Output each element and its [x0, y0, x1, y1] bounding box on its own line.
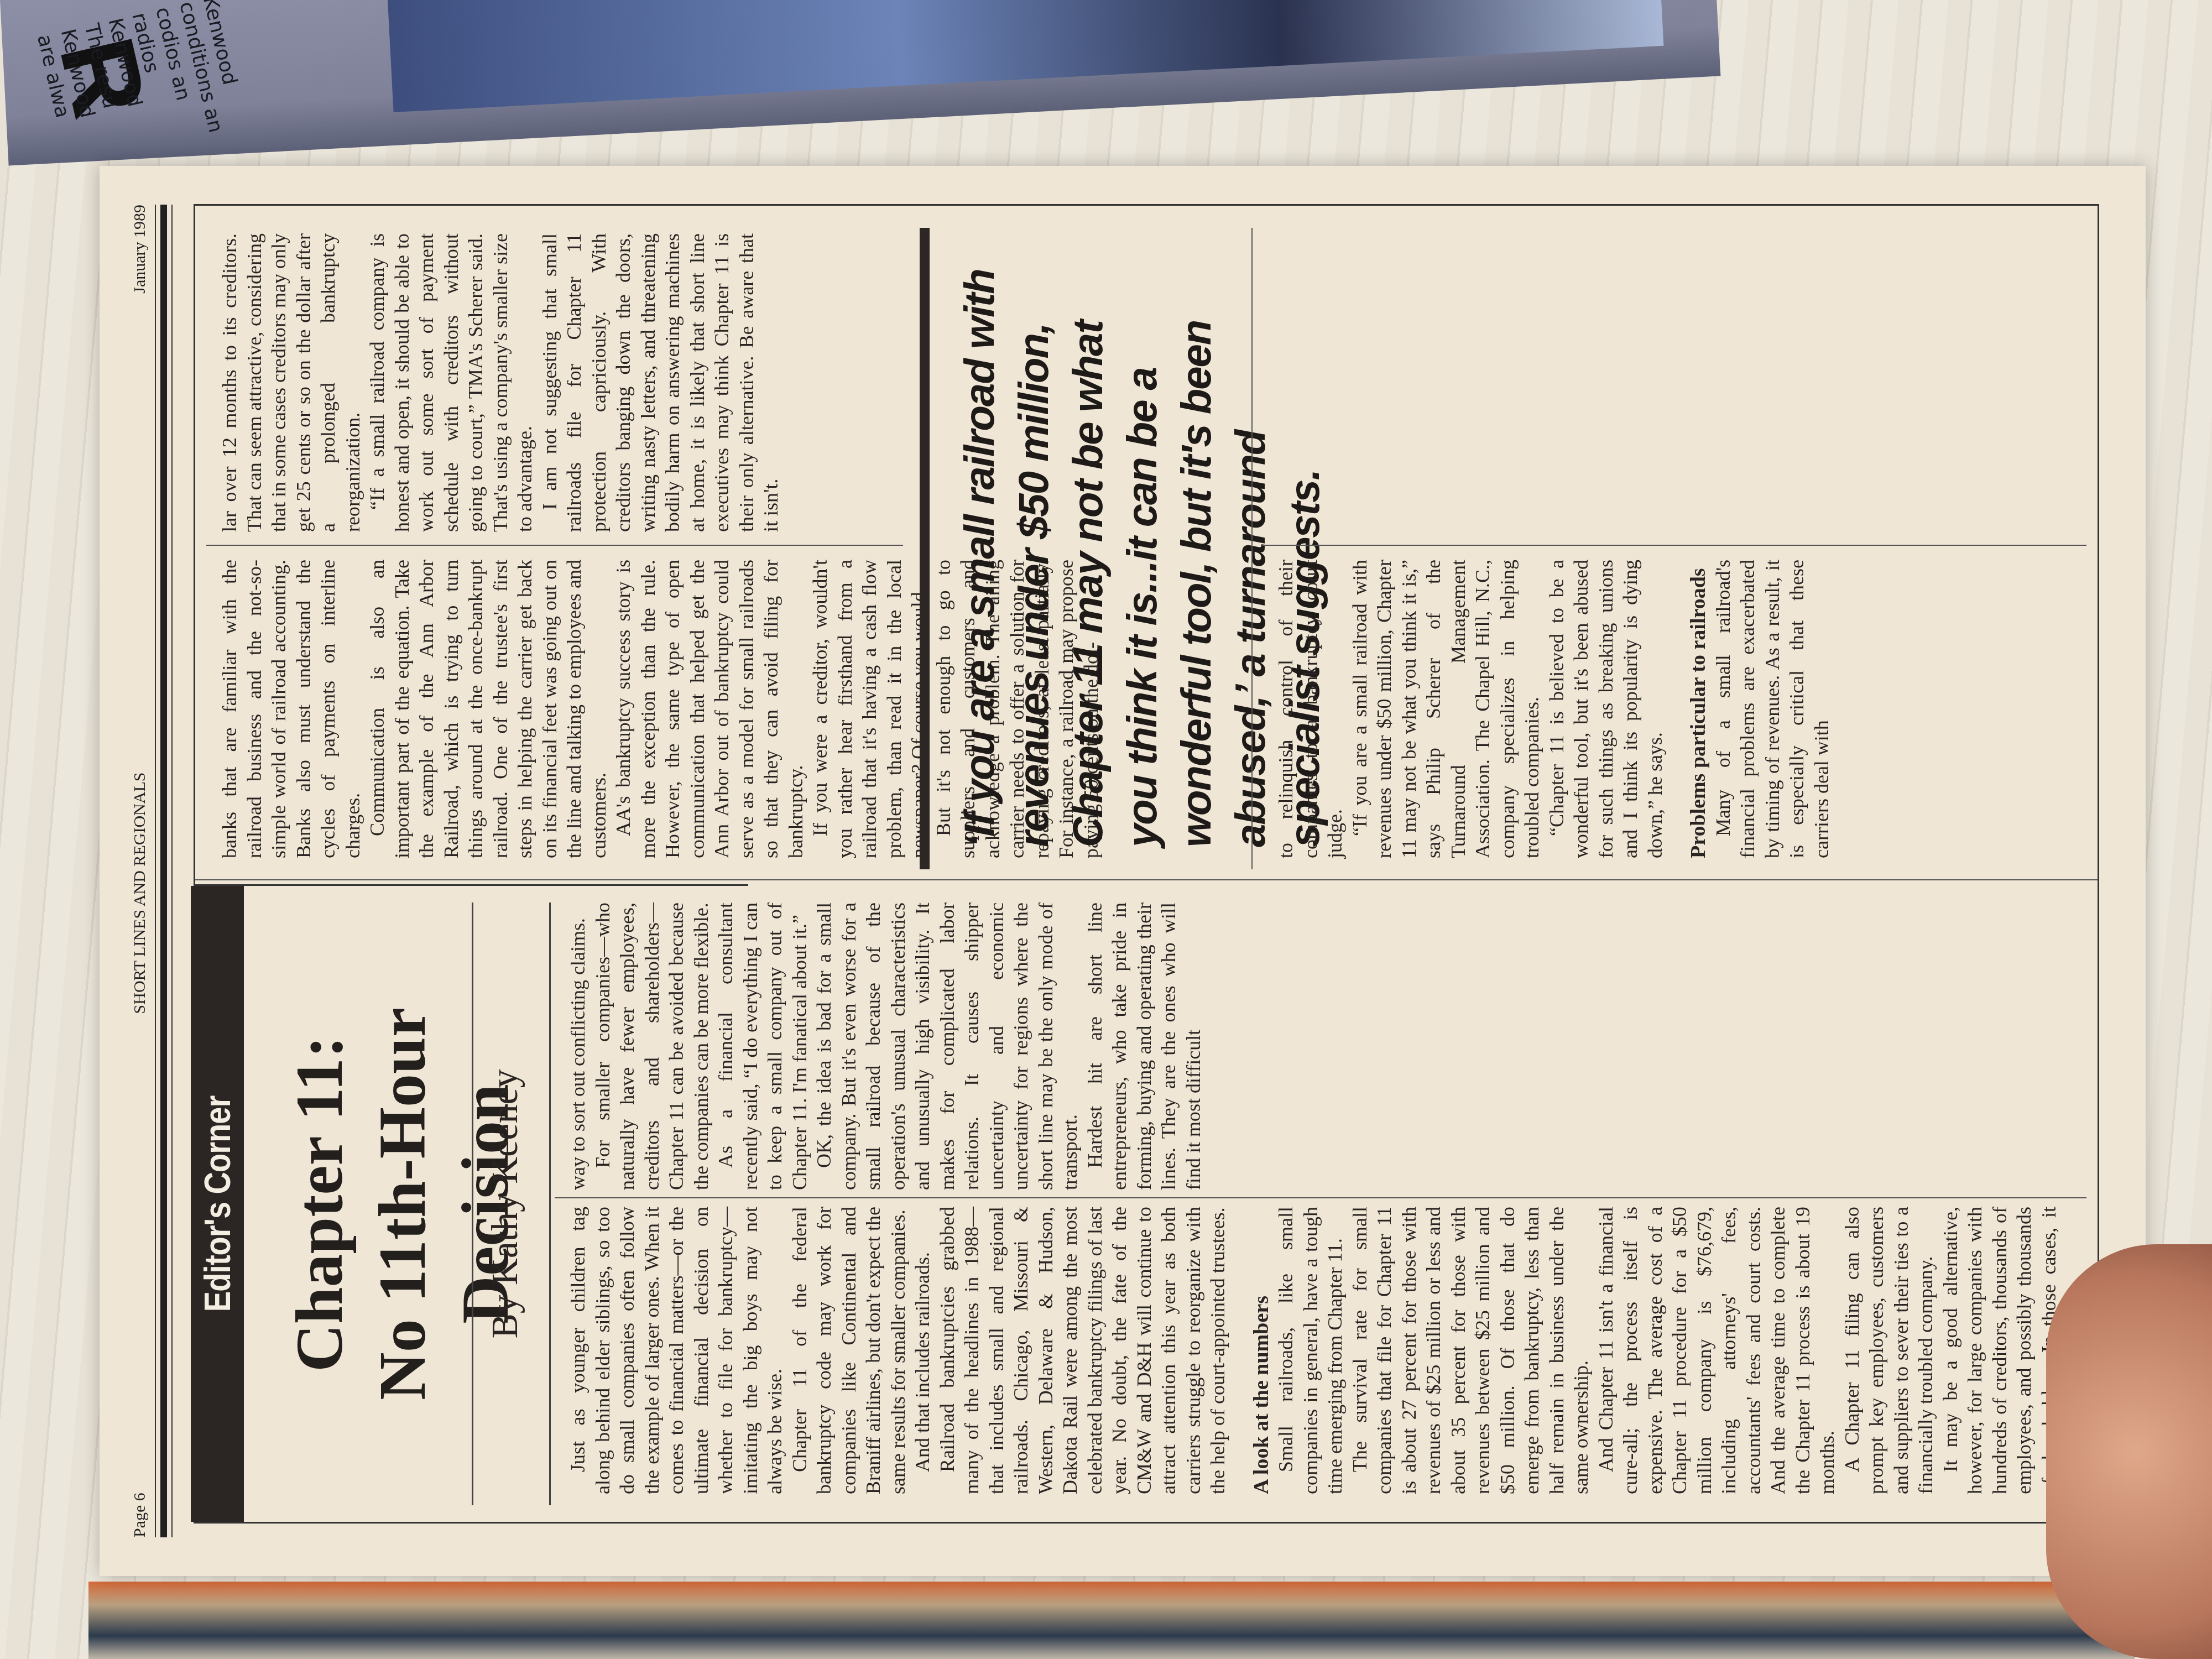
column-rule — [206, 545, 903, 546]
text-column-4: lar over 12 months to its creditors. Tha… — [217, 233, 784, 532]
paragraph: “Chapter 11 is believed to be a wonderfu… — [1545, 560, 1668, 858]
column-rule — [555, 1197, 2086, 1198]
paragraph: Many of a small railroad's financial pro… — [1711, 560, 1834, 858]
text-column-2: way to sort out conflicting claims.For s… — [566, 902, 1206, 1190]
paragraph: way to sort out conflicting claims. — [566, 902, 591, 1190]
paragraph: Railroad bankruptcies grabbed many of th… — [935, 1207, 1230, 1494]
paragraph: AA's bankruptcy success story is more th… — [611, 560, 808, 858]
paragraph: The survival rate for small companies th… — [1348, 1207, 1594, 1494]
paragraph: If you were a creditor, wouldn't you rat… — [808, 560, 931, 858]
paragraph: to relinquish control of their companies… — [1274, 560, 1348, 858]
issue-date: January 1989 — [131, 205, 149, 294]
running-head: Page 6 SHORT LINES AND REGIONALS January… — [116, 205, 149, 1537]
column-rule — [1262, 545, 2086, 546]
thumb-holding-page — [2046, 1244, 2212, 1659]
paragraph: A Chapter 11 filing can also prompt key … — [1840, 1207, 1938, 1494]
page-sheet: Page 6 SHORT LINES AND REGIONALS January… — [100, 166, 2146, 1576]
divider — [549, 902, 551, 1505]
paragraph: “If a small railroad company is honest a… — [365, 233, 538, 532]
paragraph: Hardest hit are short line entrepreneurs… — [1083, 902, 1206, 1190]
paragraph: banks that are familiar with the railroa… — [217, 560, 365, 858]
section-badge: Editor's Corner — [191, 886, 244, 1522]
paragraph: Communication is also an important part … — [365, 560, 611, 858]
magazine-page: Page 6 SHORT LINES AND REGIONALS January… — [100, 166, 2146, 1576]
header-rules — [155, 205, 175, 1537]
paragraph: As a financial consultant recently said,… — [713, 902, 812, 1190]
pull-quote: ‘If you are a small railroad with revenu… — [920, 228, 1251, 869]
divider — [1251, 228, 1253, 869]
paragraph: Just as younger children tag along behin… — [566, 1207, 787, 1494]
pull-quote-bar — [920, 228, 930, 869]
title-line-1: Chapter 11: — [278, 908, 361, 1500]
subhead: Problems particular to railroads — [1686, 560, 1711, 858]
paragraph: Chapter 11 of the federal bankruptcy cod… — [787, 1207, 911, 1494]
paragraph: And Chapter 11 isn't a financial cure-al… — [1594, 1207, 1840, 1494]
publication-name: SHORT LINES AND REGIONALS — [131, 773, 149, 1014]
binder-spine-edge — [88, 1582, 2135, 1659]
article-frame: Editor's Corner Chapter 11: No 11th-Hour… — [194, 204, 2099, 1524]
byline: By Kathy Keeney — [483, 886, 526, 1522]
paragraph: OK, the idea is bad for a small company.… — [812, 902, 1083, 1190]
paragraph: “If you are a small railroad with revenu… — [1348, 560, 1545, 858]
text-column-1: Just as younger children tag along behin… — [566, 1207, 2086, 1494]
paragraph: Small railroads, like small companies in… — [1274, 1207, 1348, 1494]
text-column-5: to relinquish control of their companies… — [1274, 560, 1834, 858]
page-number: Page 6 — [131, 1493, 149, 1537]
paragraph: And that includes railroads. — [910, 1207, 935, 1494]
column-rule — [195, 879, 2098, 880]
paragraph: I am not suggesting that small railroads… — [538, 233, 784, 532]
subhead: A look at the numbers — [1249, 1207, 1274, 1494]
paragraph: For smaller companies—who naturally have… — [591, 902, 714, 1190]
paragraph: lar over 12 months to its creditors. Tha… — [217, 233, 365, 532]
divider — [472, 902, 473, 1505]
